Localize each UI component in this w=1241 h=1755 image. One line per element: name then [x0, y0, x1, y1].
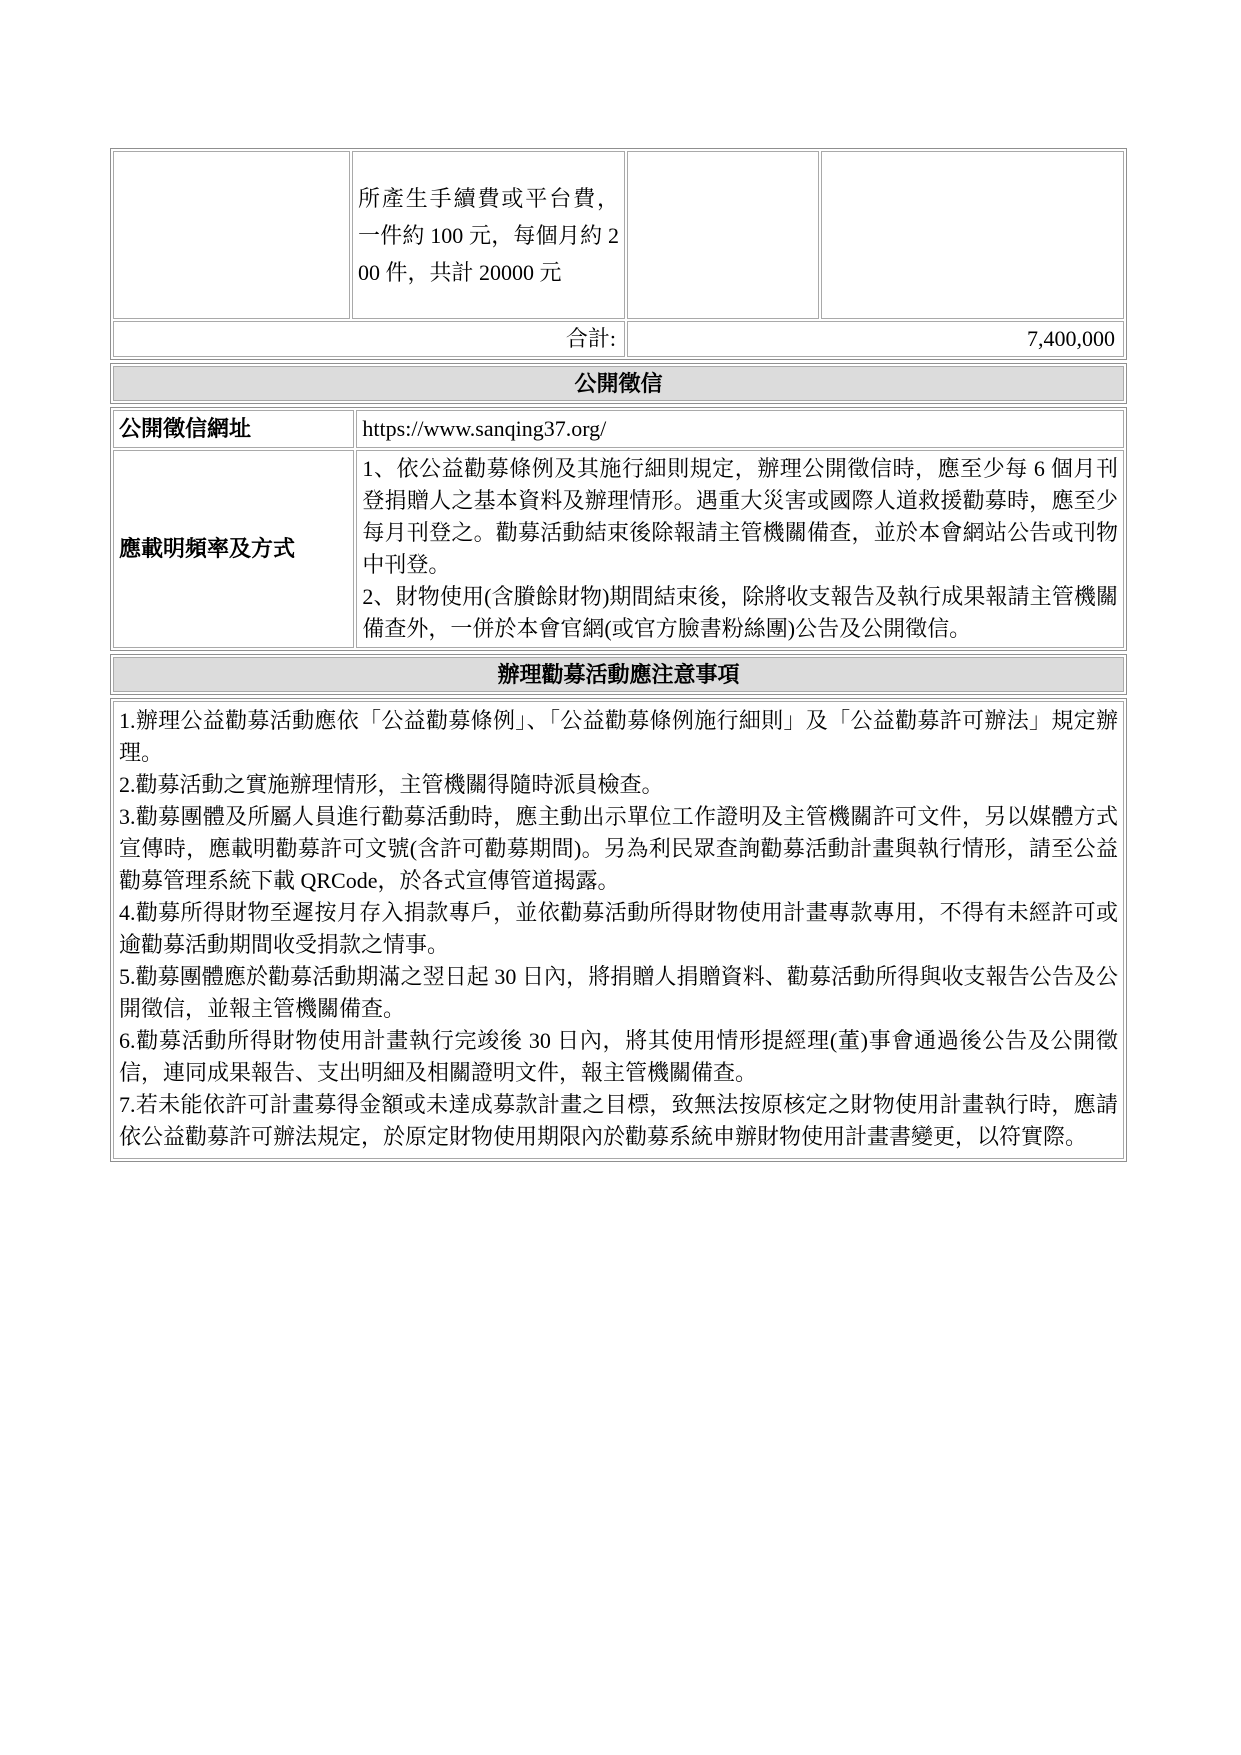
- notes-content: 1.辦理公益勸募活動應依「公益勸募條例」、「公益勸募條例施行細則」及「公益勸募許…: [113, 701, 1124, 1159]
- disclosure-frequency-label: 應載明頻率及方式: [113, 450, 354, 648]
- list-item: 4.勸募所得財物至遲按月存入捐款專戶，並依勸募活動所得財物使用計畫專款專用，不得…: [119, 897, 1118, 961]
- notes-table: 1.辦理公益勸募活動應依「公益勸募條例」、「公益勸募條例施行細則」及「公益勸募許…: [110, 698, 1127, 1162]
- list-item: 1.辦理公益勸募活動應依「公益勸募條例」、「公益勸募條例施行細則」及「公益勸募許…: [119, 705, 1118, 769]
- notes-header-table: 辦理勸募活動應注意事項: [110, 654, 1127, 695]
- list-item: 2.勸募活動之實施辦理情形，主管機關得隨時派員檢查。: [119, 769, 1118, 801]
- section-header-row: 公開徵信: [113, 366, 1124, 401]
- disclosure-frequency-content: 1、依公益勸募條例及其施行細則規定，辦理公開徵信時，應至少每 6 個月刊登捐贈人…: [356, 450, 1124, 648]
- disclosure-url-label: 公開徵信網址: [113, 410, 354, 448]
- budget-cell-4: [821, 151, 1124, 319]
- disclosure-url-value: https://www.sanqing37.org/: [356, 410, 1124, 448]
- list-item: 5.勸募團體應於勸募活動期滿之翌日起 30 日內，將捐贈人捐贈資料、勸募活動所得…: [119, 961, 1118, 1025]
- budget-cell-description: 所產生手續費或平台費，一件約 100 元，每個月約 200 件，共計 20000…: [352, 151, 625, 319]
- section-header-row: 辦理勸募活動應注意事項: [113, 657, 1124, 692]
- budget-table: 所產生手續費或平台費，一件約 100 元，每個月約 200 件，共計 20000…: [110, 148, 1127, 360]
- section-header-notes: 辦理勸募活動應注意事項: [113, 657, 1124, 692]
- budget-row: 所產生手續費或平台費，一件約 100 元，每個月約 200 件，共計 20000…: [113, 151, 1124, 319]
- budget-cell-item: [113, 151, 350, 319]
- budget-total-row: 合計: 7,400,000: [113, 321, 1124, 357]
- notes-row: 1.辦理公益勸募活動應依「公益勸募條例」、「公益勸募條例施行細則」及「公益勸募許…: [113, 701, 1124, 1159]
- list-item: 6.勸募活動所得財物使用計畫執行完竣後 30 日內，將其使用情形提經理(董)事會…: [119, 1025, 1118, 1089]
- document-page: 所產生手續費或平台費，一件約 100 元，每個月約 200 件，共計 20000…: [0, 0, 1127, 1162]
- list-item: 2、財物使用(含賸餘財物)期間結束後，除將收支報告及執行成果報請主管機關備查外，…: [362, 581, 1118, 645]
- budget-cell-3: [627, 151, 819, 319]
- section-header-public-disclosure: 公開徵信: [113, 366, 1124, 401]
- disclosure-frequency-row: 應載明頻率及方式 1、依公益勸募條例及其施行細則規定，辦理公開徵信時，應至少每 …: [113, 450, 1124, 648]
- budget-total-label: 合計:: [113, 321, 625, 357]
- list-item: 1、依公益勸募條例及其施行細則規定，辦理公開徵信時，應至少每 6 個月刊登捐贈人…: [362, 453, 1118, 581]
- list-item: 7.若未能依許可計畫募得金額或未達成募款計畫之目標，致無法按原核定之財物使用計畫…: [119, 1089, 1118, 1153]
- public-disclosure-header-table: 公開徵信: [110, 363, 1127, 404]
- list-item: 3.勸募團體及所屬人員進行勸募活動時，應主動出示單位工作證明及主管機關許可文件，…: [119, 801, 1118, 897]
- disclosure-url-row: 公開徵信網址 https://www.sanqing37.org/: [113, 410, 1124, 448]
- budget-total-value: 7,400,000: [627, 321, 1124, 357]
- public-disclosure-table: 公開徵信網址 https://www.sanqing37.org/ 應載明頻率及…: [110, 407, 1127, 651]
